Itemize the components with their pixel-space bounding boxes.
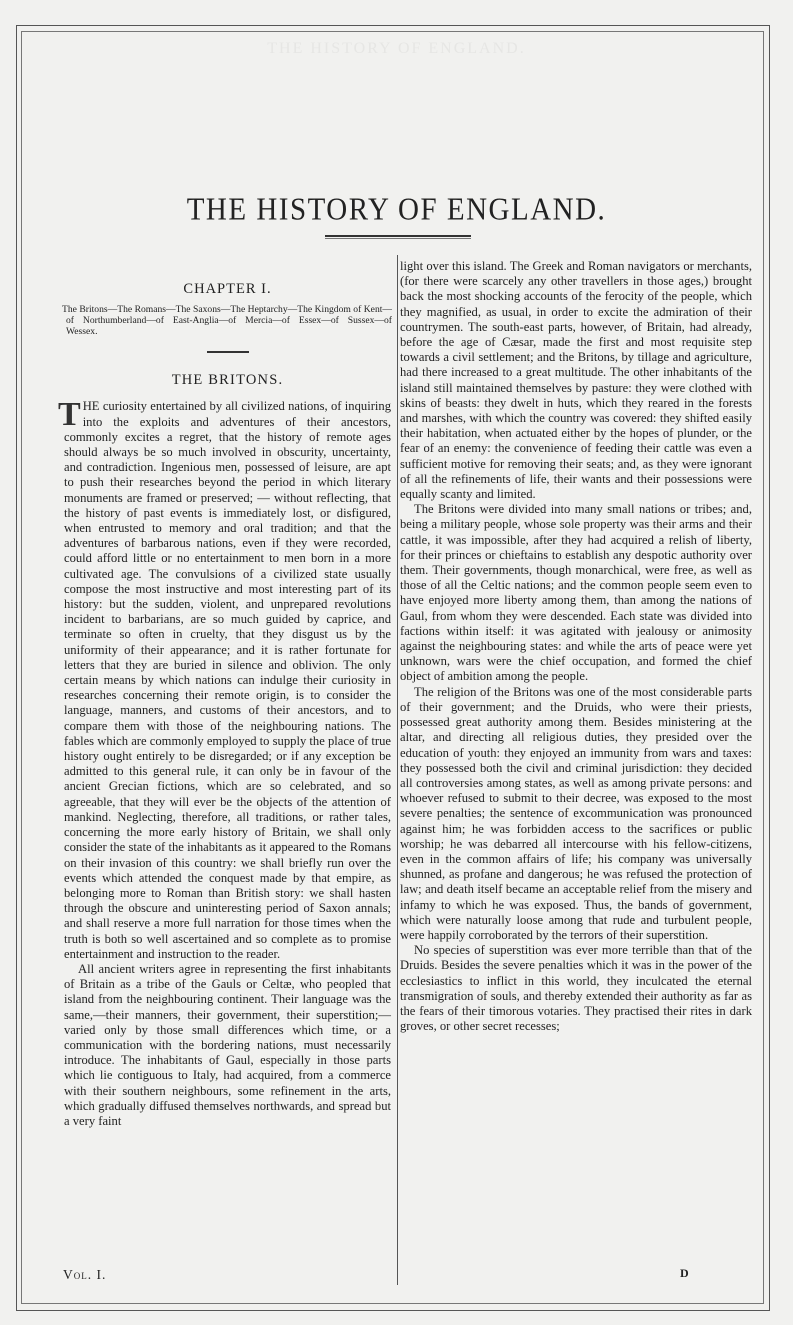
paragraph: The Britons were divided into many small… — [400, 502, 752, 684]
column-divider — [397, 255, 398, 1285]
paragraph: No species of superstition was ever more… — [400, 943, 752, 1034]
title-rule — [325, 235, 471, 239]
paragraph: light over this island. The Greek and Ro… — [400, 259, 752, 502]
chapter-synopsis: The Britons—The Romans—The Saxons—The He… — [56, 304, 392, 337]
paragraph: THE curiosity entertained by all civiliz… — [64, 399, 391, 962]
page-title: THE HISTORY OF ENGLAND. — [0, 193, 793, 229]
right-column: light over this island. The Greek and Ro… — [400, 259, 752, 1034]
section-heading: THE BRITONS. — [64, 373, 391, 388]
signature-mark: D — [680, 1266, 689, 1281]
drop-cap: T — [58, 401, 81, 429]
paragraph: All ancient writers agree in representin… — [64, 962, 391, 1129]
volume-label: Vol. I. — [63, 1267, 106, 1283]
chapter-heading: CHAPTER I. — [64, 282, 391, 297]
chapter-rule — [207, 351, 249, 353]
left-column: CHAPTER I. The Britons—The Romans—The Sa… — [64, 262, 391, 1129]
paragraph: The religion of the Britons was one of t… — [400, 685, 752, 943]
bleed-through-header: THE HISTORY OF ENGLAND. — [0, 40, 793, 58]
